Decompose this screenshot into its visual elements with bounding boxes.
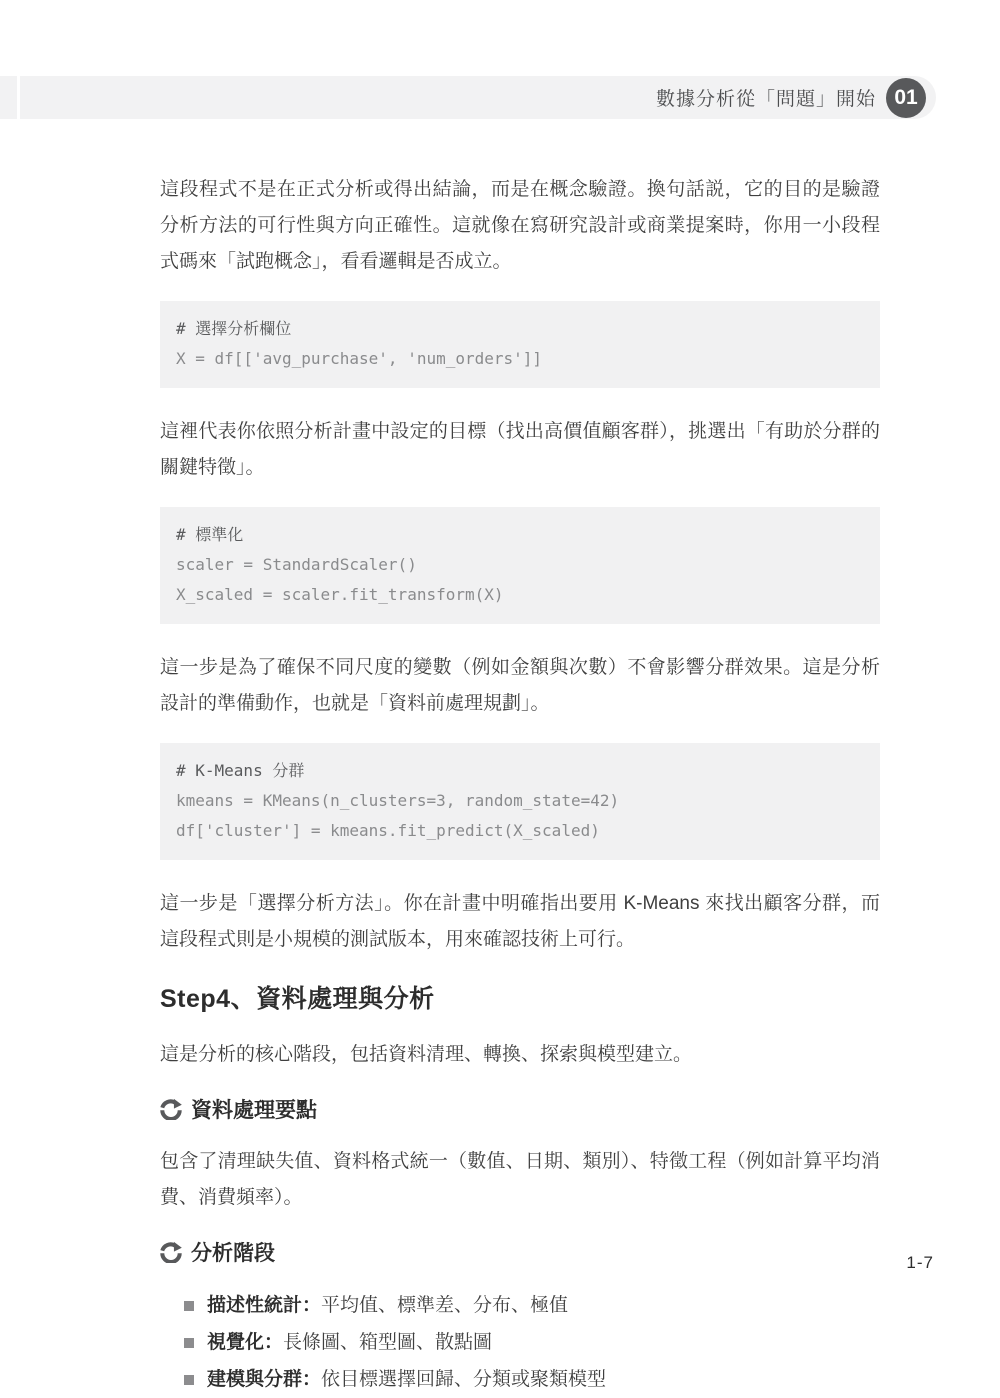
list-item-label: 建模與分群：: [207, 1369, 321, 1390]
section-title: 資料處理要點: [191, 1094, 317, 1124]
list-item-value: 依目標選擇回歸、分類或聚類模型: [321, 1369, 606, 1390]
code-line: X = df[['avg_purchase', 'num_orders']]: [176, 344, 862, 374]
list-item: 建模與分群：依目標選擇回歸、分類或聚類模型: [184, 1361, 880, 1398]
code-block: # K-Means 分群 kmeans = KMeans(n_clusters=…: [160, 743, 880, 860]
paragraph: 這段程式不是在正式分析或得出結論，而是在概念驗證。換句話説，它的目的是驗證分析方…: [160, 172, 880, 280]
list-item-text: 建模與分群：依目標選擇回歸、分類或聚類模型: [207, 1361, 606, 1398]
step4-heading: Step4、資料處理與分析: [160, 979, 880, 1015]
paragraph: 這一步是「選擇分析方法」。你在計畫中明確指出要用 K-Means 來找出顧客分群…: [160, 886, 880, 958]
header-left-strip: [0, 76, 17, 119]
code-line: scaler = StandardScaler(): [176, 550, 862, 580]
square-bullet-icon: [184, 1338, 194, 1348]
page-content: 這段程式不是在正式分析或得出結論，而是在概念驗證。換句話説，它的目的是驗證分析方…: [160, 172, 880, 1398]
square-bullet-icon: [184, 1301, 194, 1311]
list-item-value: 平均值、標準差、分布、極值: [321, 1295, 568, 1316]
code-line-comment: # 選擇分析欄位: [176, 314, 862, 344]
circular-arrow-icon: [160, 1098, 182, 1120]
code-line: kmeans = KMeans(n_clusters=3, random_sta…: [176, 786, 862, 816]
paragraph: 這裡代表你依照分析計畫中設定的目標（找出高價值顧客群），挑選出「有助於分群的關鍵…: [160, 414, 880, 486]
code-line-comment: # 標準化: [176, 520, 862, 550]
square-bullet-icon: [184, 1375, 194, 1385]
section-title: 分析階段: [191, 1237, 275, 1267]
code-block: # 標準化 scaler = StandardScaler() X_scaled…: [160, 507, 880, 624]
code-line: df['cluster'] = kmeans.fit_predict(X_sca…: [176, 816, 862, 846]
paragraph: 包含了清理缺失值、資料格式統一（數值、日期、類別）、特徵工程（例如計算平均消費、…: [160, 1144, 880, 1216]
list-item-value: 長條圖、箱型圖、散點圖: [283, 1332, 492, 1353]
list-item-text: 視覺化：長條圖、箱型圖、散點圖: [207, 1324, 492, 1361]
chapter-title: 數據分析從「問題」開始: [656, 84, 876, 111]
list-item-label: 描述性統計：: [207, 1295, 321, 1316]
page-number: 1-7: [906, 1253, 934, 1273]
code-line: X_scaled = scaler.fit_transform(X): [176, 580, 862, 610]
code-block: # 選擇分析欄位 X = df[['avg_purchase', 'num_or…: [160, 301, 880, 388]
section-heading-analysis: 分析階段: [160, 1237, 880, 1267]
list-item: 視覺化：長條圖、箱型圖、散點圖: [184, 1324, 880, 1361]
chapter-number-badge: 01: [886, 78, 926, 118]
list-item: 描述性統計：平均值、標準差、分布、極值: [184, 1287, 880, 1324]
list-item-label: 視覺化：: [207, 1332, 283, 1353]
code-line-comment: # K-Means 分群: [176, 756, 862, 786]
analysis-bullet-list: 描述性統計：平均值、標準差、分布、極值 視覺化：長條圖、箱型圖、散點圖 建模與分…: [184, 1287, 880, 1398]
chapter-header: 數據分析從「問題」開始 01: [20, 76, 936, 119]
section-heading-data-processing: 資料處理要點: [160, 1094, 880, 1124]
paragraph: 這是分析的核心階段，包括資料清理、轉換、探索與模型建立。: [160, 1037, 880, 1073]
list-item-text: 描述性統計：平均值、標準差、分布、極值: [207, 1287, 568, 1324]
paragraph: 這一步是為了確保不同尺度的變數（例如金額與次數）不會影響分群效果。這是分析設計的…: [160, 650, 880, 722]
circular-arrow-icon: [160, 1241, 182, 1263]
